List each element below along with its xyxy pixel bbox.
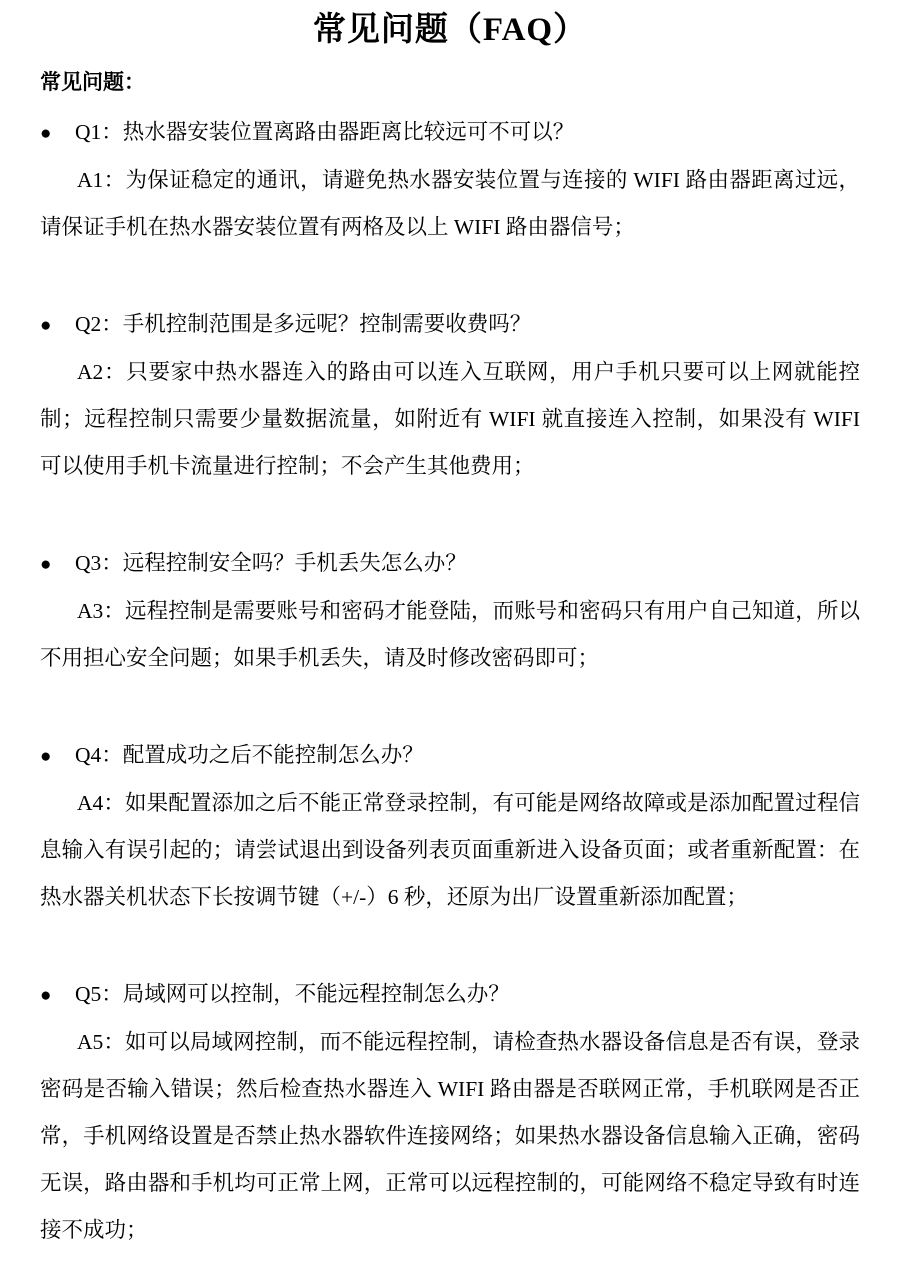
question-text: Q1：热水器安装位置离路由器距离比较远可不可以？ xyxy=(75,109,860,156)
question-line: ● Q5：局域网可以控制，不能远程控制怎么办？ xyxy=(40,971,860,1019)
bullet-icon: ● xyxy=(40,733,75,780)
faq-item-q2: ● Q2：手机控制范围是多远呢？控制需要收费吗？ A2：只要家中热水器连入的路由… xyxy=(40,301,860,490)
answer-text: A5：如可以局域网控制，而不能远程控制，请检查热水器设备信息是否有误，登录密码是… xyxy=(40,1019,860,1254)
question-text: Q2：手机控制范围是多远呢？控制需要收费吗？ xyxy=(75,301,860,348)
faq-item-q4: ● Q4：配置成功之后不能控制怎么办？ A4：如果配置添加之后不能正常登录控制，… xyxy=(40,732,860,921)
answer-text: A3：远程控制是需要账号和密码才能登陆，而账号和密码只有用户自己知道，所以不用担… xyxy=(40,588,860,682)
question-line: ● Q2：手机控制范围是多远呢？控制需要收费吗？ xyxy=(40,301,860,349)
answer-text: A2：只要家中热水器连入的路由可以连入互联网，用户手机只要可以上网就能控制；远程… xyxy=(40,349,860,490)
page-title: 常见问题（FAQ） xyxy=(0,8,900,52)
faq-item-q5: ● Q5：局域网可以控制，不能远程控制怎么办？ A5：如可以局域网控制，而不能远… xyxy=(40,971,860,1254)
section-heading: 常见问题： xyxy=(40,68,860,96)
faq-document-page: 常见问题（FAQ） 常见问题： ● Q1：热水器安装位置离路由器距离比较远可不可… xyxy=(0,0,900,1275)
bullet-icon: ● xyxy=(40,541,75,588)
question-text: Q5：局域网可以控制，不能远程控制怎么办？ xyxy=(75,971,860,1018)
bullet-icon: ● xyxy=(40,302,75,349)
faq-list: ● Q1：热水器安装位置离路由器距离比较远可不可以？ A1：为保证稳定的通讯，请… xyxy=(0,109,900,1254)
answer-text: A4：如果配置添加之后不能正常登录控制，有可能是网络故障或是添加配置过程信息输入… xyxy=(40,780,860,921)
question-line: ● Q4：配置成功之后不能控制怎么办？ xyxy=(40,732,860,780)
bullet-icon: ● xyxy=(40,972,75,1019)
question-line: ● Q3：远程控制安全吗？手机丢失怎么办？ xyxy=(40,540,860,588)
answer-text: A1：为保证稳定的通讯，请避免热水器安装位置与连接的 WIFI 路由器距离过远，… xyxy=(40,157,860,251)
faq-item-q3: ● Q3：远程控制安全吗？手机丢失怎么办？ A3：远程控制是需要账号和密码才能登… xyxy=(40,540,860,682)
faq-item-q1: ● Q1：热水器安装位置离路由器距离比较远可不可以？ A1：为保证稳定的通讯，请… xyxy=(40,109,860,251)
question-text: Q4：配置成功之后不能控制怎么办？ xyxy=(75,732,860,779)
bullet-icon: ● xyxy=(40,110,75,157)
question-text: Q3：远程控制安全吗？手机丢失怎么办？ xyxy=(75,540,860,587)
question-line: ● Q1：热水器安装位置离路由器距离比较远可不可以？ xyxy=(40,109,860,157)
